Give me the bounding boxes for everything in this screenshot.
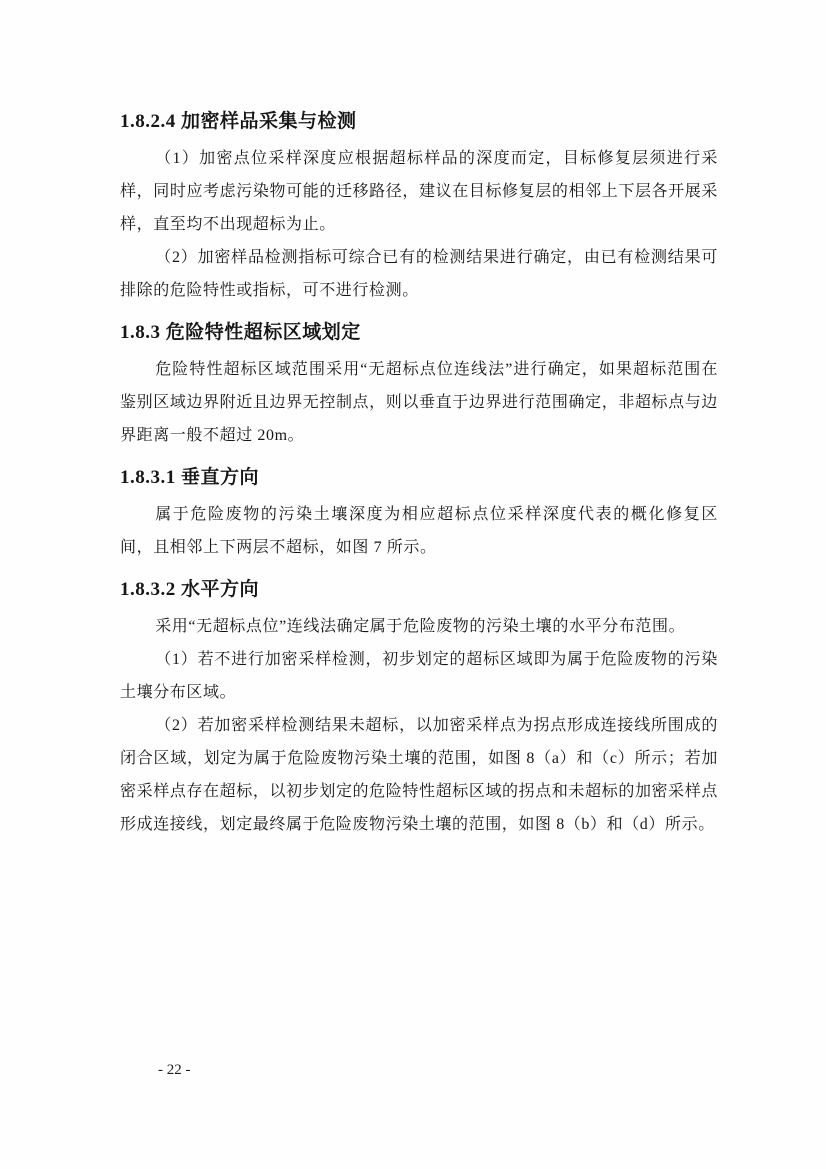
paragraph-vertical-direction: 属于危险废物的污染土壤深度为相应超标点位采样深度代表的概化修复区间，且相邻上下两… bbox=[120, 498, 718, 564]
paragraph-no-densified-sampling: （1）若不进行加密采样检测，初步划定的超标区域即为属于危险废物的污染土壤分布区域… bbox=[120, 643, 718, 709]
paragraph-sampling-depth: （1）加密点位采样深度应根据超标样品的深度而定，目标修复层须进行采样，同时应考虑… bbox=[120, 142, 718, 241]
page-number: - 22 - bbox=[158, 1060, 191, 1080]
paragraph-area-delineation: 危险特性超标区域范围采用“无超标点位连线法”进行确定，如果超标范围在鉴别区域边界… bbox=[120, 353, 718, 452]
paragraph-detection-indicators: （2）加密样品检测指标可综合已有的检测结果进行确定，由已有检测结果可排除的危险特… bbox=[120, 241, 718, 307]
paragraph-horizontal-direction: 采用“无超标点位”连线法确定属于危险废物的污染土壤的水平分布范围。 bbox=[120, 610, 718, 643]
document-content: 1.8.2.4 加密样品采集与检测 （1）加密点位采样深度应根据超标样品的深度而… bbox=[120, 108, 718, 841]
section-heading-1-8-3-1: 1.8.3.1 垂直方向 bbox=[120, 464, 718, 491]
section-heading-1-8-2-4: 1.8.2.4 加密样品采集与检测 bbox=[120, 108, 718, 135]
paragraph-densified-sampling-results: （2）若加密采样检测结果未超标，以加密采样点为拐点形成连接线所围成的闭合区域，划… bbox=[120, 709, 718, 841]
section-heading-1-8-3: 1.8.3 危险特性超标区域划定 bbox=[120, 319, 718, 346]
document-page: 1.8.2.4 加密样品采集与检测 （1）加密点位采样深度应根据超标样品的深度而… bbox=[0, 0, 826, 1169]
section-heading-1-8-3-2: 1.8.3.2 水平方向 bbox=[120, 576, 718, 603]
